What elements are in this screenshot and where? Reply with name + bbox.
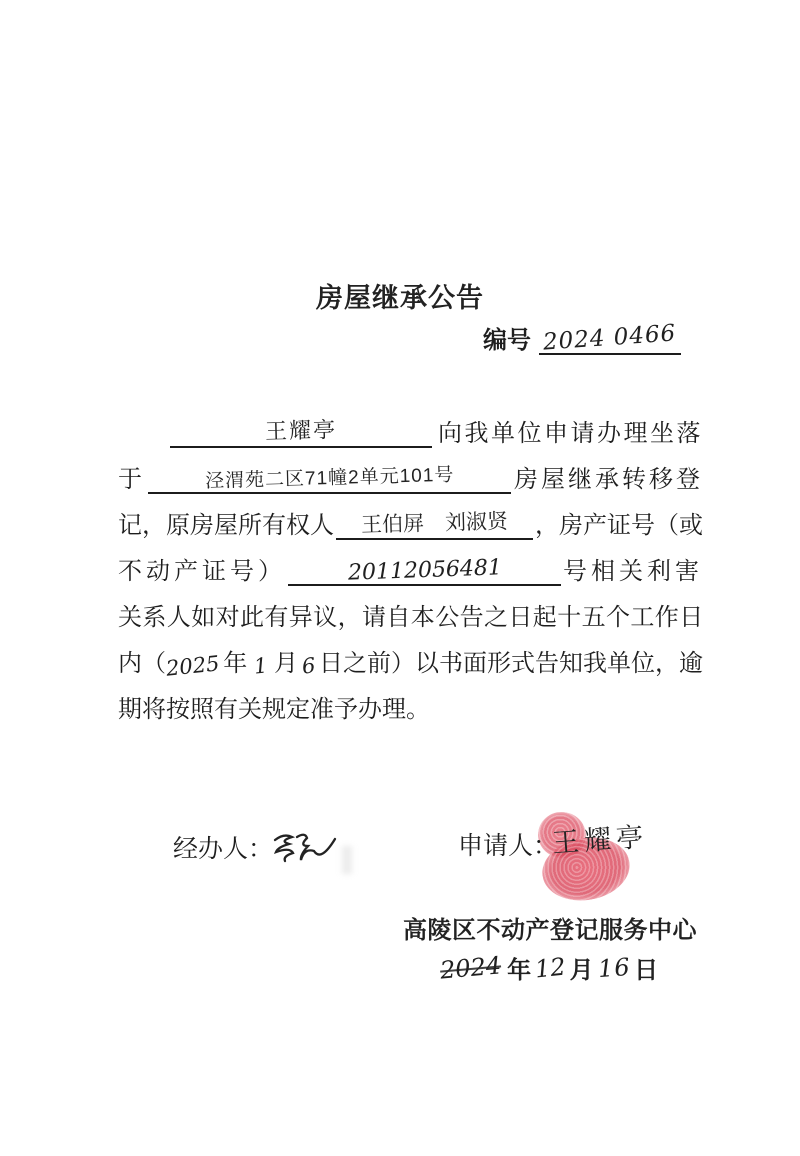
body-line-3: 记，原房屋所有权人 王伯屏 刘淑贤 ，房产证号（或	[118, 494, 703, 540]
number-value-handwritten: 2024 0466	[542, 320, 677, 357]
body-line-1: 王耀亭 向我单位申请办理坐落	[118, 402, 703, 448]
deadline-day-handwritten: 6	[301, 653, 317, 678]
body-line-4: 不动产证号） 20112056481 号相关利害	[118, 540, 703, 586]
line4-printed-text: 号相关利害	[563, 551, 703, 586]
date-month-label: 月	[570, 950, 594, 985]
scan-smudge	[342, 846, 352, 874]
body-line-7: 期将按照有关规定准予办理。	[118, 678, 703, 724]
body-line-6: 内（ 2025 年 1 月 6 日之前）以书面形式告知我单位，逾	[118, 632, 703, 678]
date-day-handwritten: 16	[597, 952, 631, 982]
handler-label: 经办人：	[173, 829, 273, 865]
document-number-row: 编号 2024 0466	[483, 320, 681, 355]
number-blank-line: 2024 0466	[539, 321, 681, 355]
address-blank-line: 泾渭苑二区71幢2单元101号	[148, 458, 511, 494]
line6-prefix: 内（	[118, 643, 166, 678]
certificate-number-handwritten: 20112056481	[347, 555, 502, 586]
line7-printed-text: 期将按照有关规定准予办理。	[118, 689, 430, 724]
applicant-name-handwritten: 王耀亭	[265, 413, 338, 447]
date-day-label: 日	[634, 950, 658, 985]
applicant-name-blank-line: 王耀亭	[170, 412, 432, 448]
owners-blank-line: 王伯屏 刘淑贤	[336, 504, 533, 540]
original-owners-handwritten: 王伯屏 刘淑贤	[361, 505, 509, 540]
line5-printed-text: 关系人如对此有异议，请自本公告之日起十五个工作日	[118, 597, 704, 632]
handler-signature-block: 经办人：	[173, 824, 341, 870]
line3-prefix: 记，原房屋所有权人	[118, 505, 334, 540]
announcement-body: 王耀亭 向我单位申请办理坐落 于 泾渭苑二区71幢2单元101号 房屋继承转移登…	[118, 402, 703, 724]
line4-prefix: 不动产证号）	[118, 551, 286, 586]
applicant-label: 申请人：	[458, 832, 558, 860]
line2-printed-text: 房屋继承转移登	[514, 459, 703, 494]
deadline-month-handwritten: 1	[253, 653, 269, 678]
deadline-year-handwritten: 2025	[165, 651, 221, 680]
line3-printed-text: ，房产证号（或	[535, 505, 703, 540]
line1-printed-text: 向我单位申请办理坐落	[438, 413, 703, 448]
document-title: 房屋继承公告	[0, 276, 800, 315]
applicant-signed-name-handwritten: 王耀亭	[551, 815, 649, 861]
organization-name: 高陵区不动产登记服务中心	[403, 910, 697, 945]
line6-printed-text: 日之前）以书面形式告知我单位，逾	[319, 643, 703, 678]
month-label: 月	[274, 643, 298, 678]
certificate-number-blank-line: 20112056481	[288, 550, 561, 586]
date-month-handwritten: 12	[534, 952, 567, 983]
body-line-5: 关系人如对此有异议，请自本公告之日起十五个工作日	[118, 586, 703, 632]
number-label: 编号	[483, 320, 531, 355]
property-address-handwritten: 泾渭苑二区71幢2单元101号	[204, 460, 454, 496]
applicant-signature-block: 申请人：	[458, 826, 558, 862]
line2-prefix: 于	[118, 459, 145, 494]
year-label: 年	[223, 643, 247, 678]
handler-signature-scribble-icon	[269, 826, 341, 870]
scanned-document-page: 房屋继承公告 编号 2024 0466 王耀亭 向我单位申请办理坐落 于 泾渭苑…	[0, 0, 800, 1156]
date-year-label: 年	[507, 950, 531, 985]
body-line-2: 于 泾渭苑二区71幢2单元101号 房屋继承转移登	[118, 448, 703, 494]
issue-date-row: 2024 年 12 月 16 日	[440, 950, 658, 985]
date-year-handwritten: 2024	[439, 951, 502, 984]
